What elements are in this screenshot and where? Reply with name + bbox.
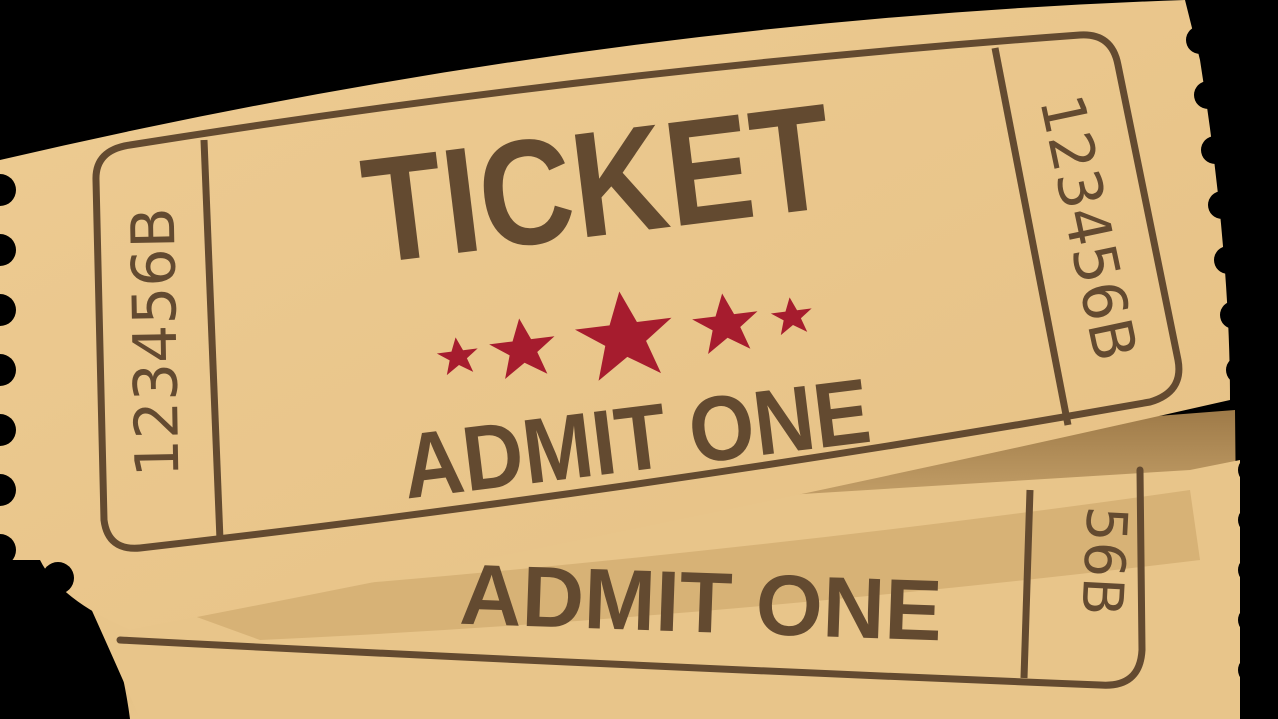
back-ticket-serial: 56B [1068, 504, 1139, 617]
ticket-scene: ADMIT ONE 56B [0, 0, 1278, 719]
back-ticket-subtitle: ADMIT ONE [458, 547, 944, 660]
serial-number-left: 123456B [119, 207, 194, 478]
